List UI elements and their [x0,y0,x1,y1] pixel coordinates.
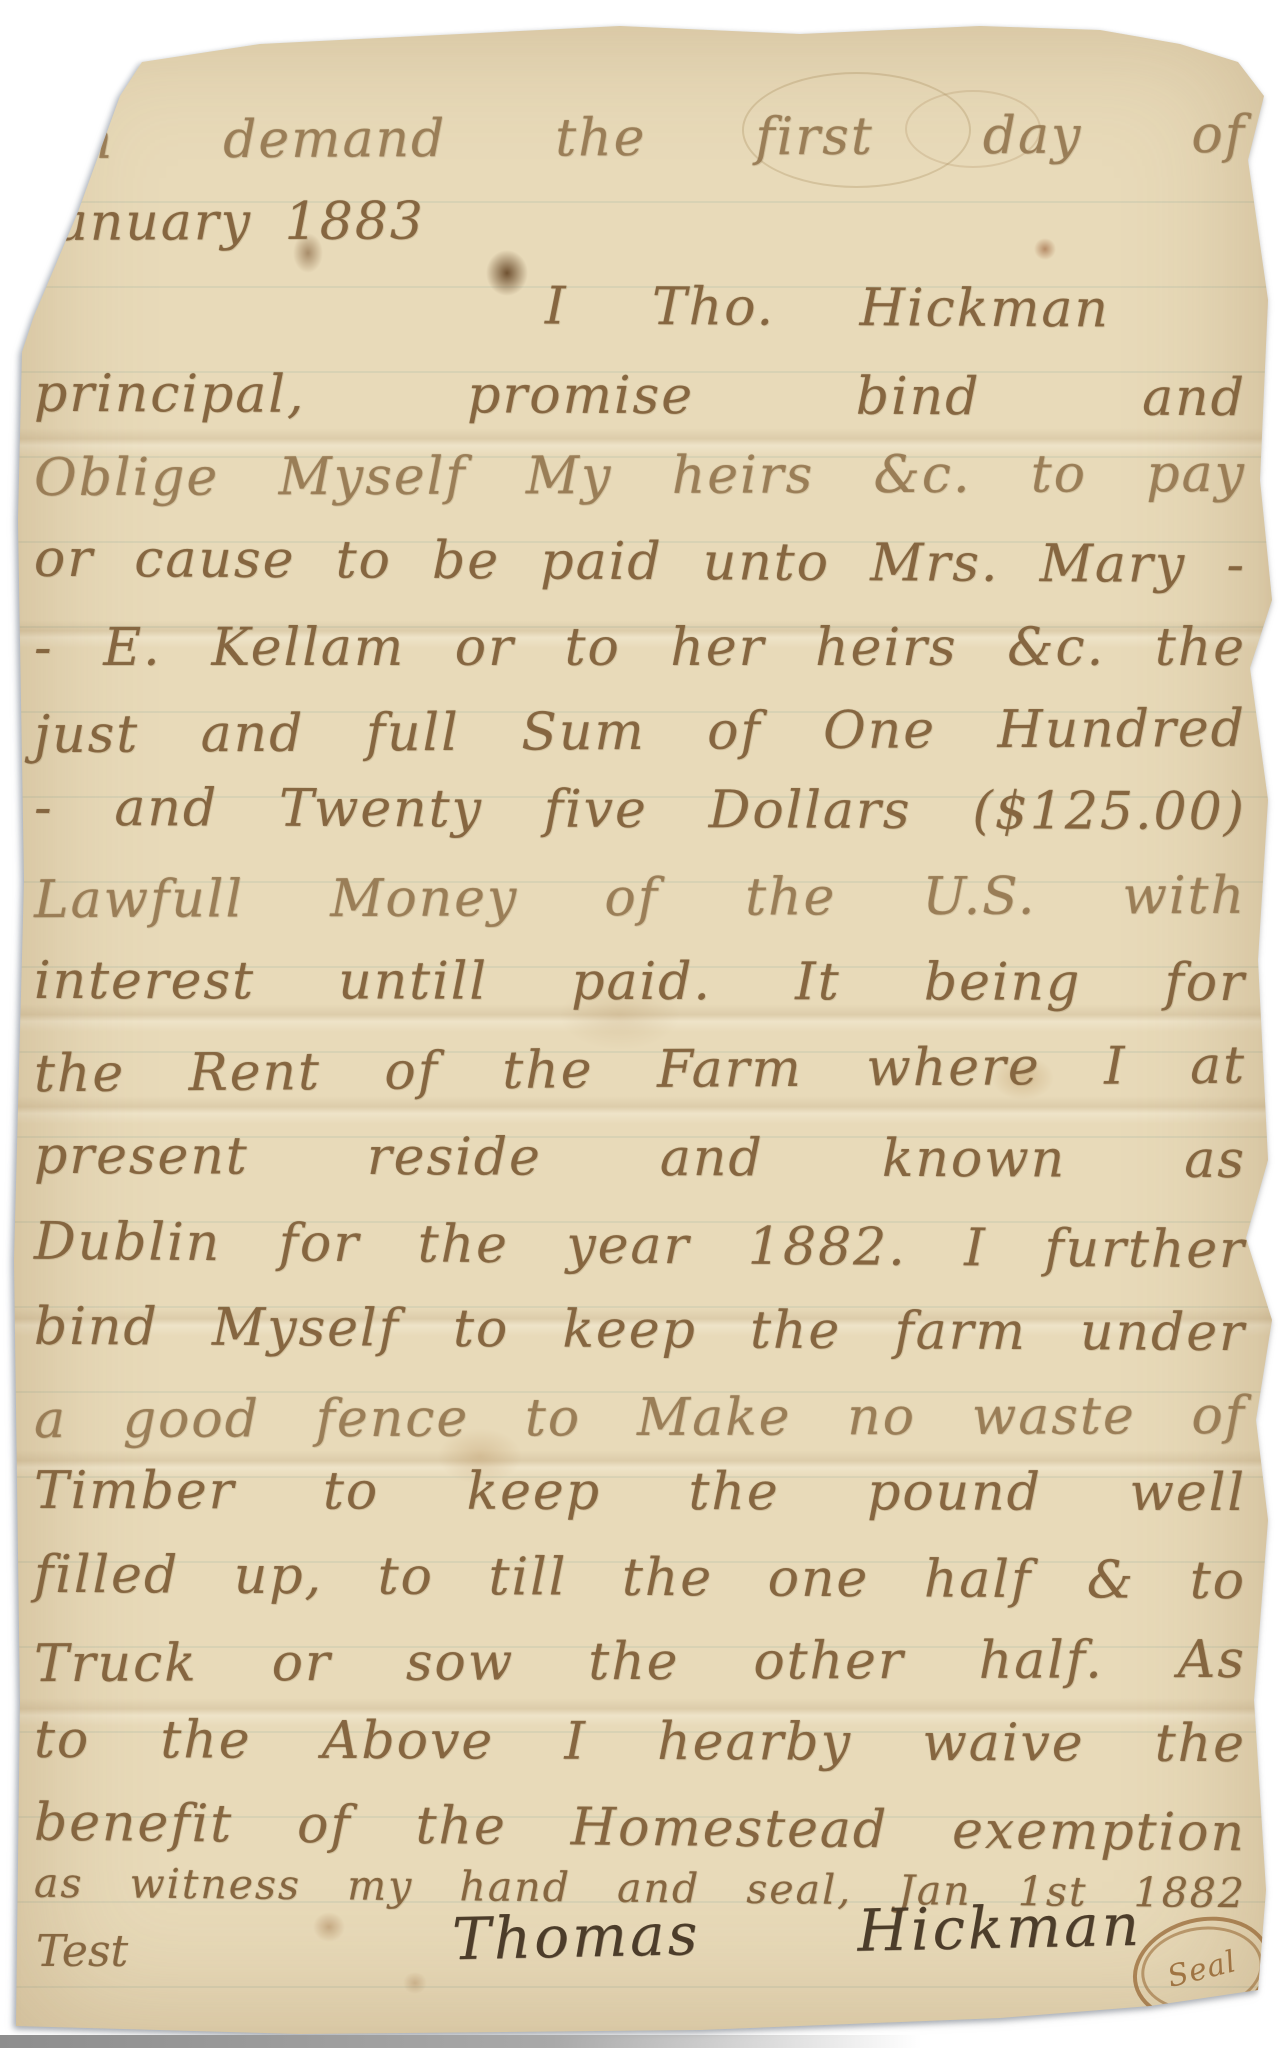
handwritten-line: Dublin for the year 1882. I further [34,1212,1246,1280]
scanner-edge-strip [0,2035,922,2048]
handwritten-line: the Rent of the Farm where I at [34,1036,1246,1104]
handwritten-line: - and Twenty five Dollars ($125.00) [34,778,1246,842]
paper-sheet: On demand the first day of January 1883 … [0,0,1280,2048]
handwritten-line: Lawfull Money of the U.S. with [34,866,1246,930]
paper-shadow-wrap: On demand the first day of January 1883 … [0,0,1280,2048]
stain-spot [1034,238,1056,260]
handwritten-line: I Tho. Hickman [545,277,1110,340]
handwritten-line: - E. Kellam or to her heirs &c. the [34,618,1246,678]
handwritten-line: principal, promise bind and [34,364,1246,428]
scanned-document: On demand the first day of January 1883 … [0,0,1280,2048]
signature-thomas-hickman: Thomas Hickman [451,1891,1142,1973]
handwritten-line: January 1883 [34,191,564,253]
foxing-spot [313,1912,345,1942]
handwritten-line: bind Myself to keep the farm under [34,1297,1246,1363]
handwritten-line: to the Above I hearby waive the [34,1710,1246,1774]
handwritten-line: Oblige Myself My heirs &c. to pay [34,444,1246,508]
attestation-test-label: Test [36,1926,176,1977]
ink-blot-stain [486,250,528,296]
handwritten-line: On demand the first day of [34,105,1246,171]
handwritten-line: present reside and known as [34,1126,1246,1190]
handwritten-line: Truck or sow the other half. As [34,1630,1246,1694]
handwritten-line: Timber to keep the pound well [34,1461,1246,1523]
handwritten-line: or cause to be paid unto Mrs. Mary - [34,529,1246,595]
foxing-spot [403,1972,427,1994]
handwritten-line: a good fence to Make no waste of [34,1386,1246,1450]
handwritten-line: benefit of the Homestead exemption [34,1793,1246,1864]
handwritten-line: interest untill paid. It being for [34,951,1246,1013]
handwritten-line: filled up, to till the one half & to [34,1545,1246,1611]
seal-label: Seal [1164,1944,1240,1995]
hand-drawn-seal: Seal [1122,1903,1280,2036]
handwritten-line: just and full Sum of One Hundred [34,699,1246,765]
